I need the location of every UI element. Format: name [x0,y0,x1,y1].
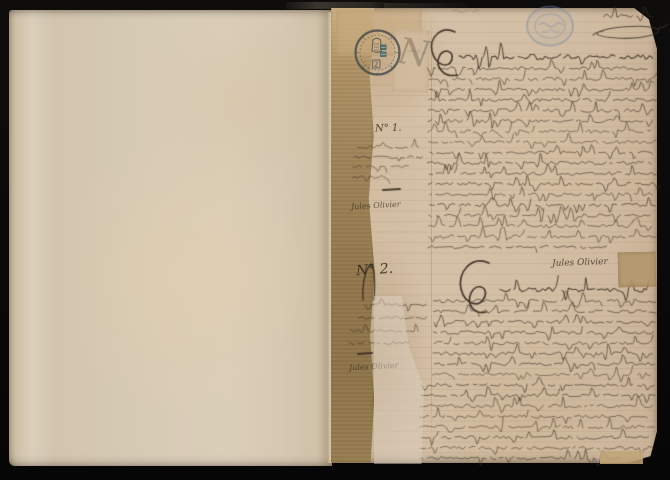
repair-patch [600,451,643,464]
act-1-signature: Jules Olivier [552,257,608,269]
margin-rule-line [431,14,432,454]
stacked-page-edge [384,3,468,8]
blue-ink-seal-icon [523,5,577,51]
repair-patch [618,252,657,288]
margin-note-1-number: N° 1. [375,123,402,135]
pencil-mark: N [395,34,432,74]
scanned-register-spread: 2 N N° 1. Jules Olivier N° 2. Jules Oliv… [0,0,670,480]
margin-note-2-number: N° 2. [355,261,393,280]
page-edge-highlight [327,12,331,463]
left-page-blank [9,10,332,466]
stamp-value: 2 [374,61,378,69]
